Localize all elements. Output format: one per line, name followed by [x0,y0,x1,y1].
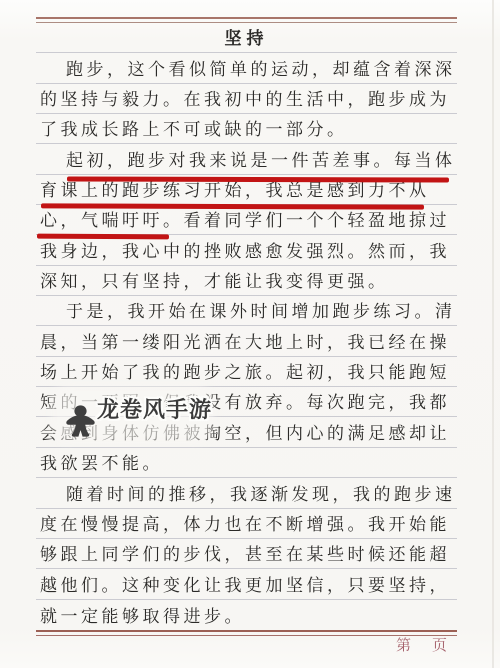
essay-line-text: 晨，当第一缕阳光洒在大地上时，我已经在操 [36,334,450,356]
watermark: 龙卷风手游 [61,398,212,438]
essay-line-text: 于是，我开始在课外时间增加跑步练习。清 [36,303,456,325]
essay-line: 深知，只有坚持，才能让我变得更强。 [36,266,457,296]
essay-title: 坚持 [225,30,269,52]
essay-line-text: 够跟上同学们的步伐，甚至在某些时候还能超 [36,546,450,568]
bottom-margin-double-line [36,630,457,636]
red-underline-3 [37,234,169,239]
essay-line-text: 随着时间的推移，我逐渐发现，我的跑步速 [36,486,456,508]
essay-lines: 跑步，这个看似简单的运动，却蕴含着深深的坚持与毅力。在我初中的生活中，跑步成为了… [36,53,457,630]
essay-line: 了我成长路上不可或缺的一部分。 [36,114,457,144]
meeple-icon [61,404,100,438]
essay-sheet: 坚持 跑步，这个看似简单的运动，却蕴含着深深的坚持与毅力。在我初中的生活中，跑步… [36,23,457,630]
essay-line-text: 起初，跑步对我来说是一件苦差事。每当体 [36,152,456,174]
essay-line-text: 度在慢慢提高，体力也在不断增强。我开始能 [36,516,450,538]
essay-line: 的坚持与毅力。在我初中的生活中，跑步成为 [36,84,457,114]
essay-line: 晨，当第一缕阳光洒在大地上时，我已经在操 [36,326,457,356]
essay-line-text: 就一定能够取得进步。 [36,608,245,630]
essay-line: 跑步，这个看似简单的运动，却蕴含着深深 [36,53,457,83]
essay-line-text: 我欲罢不能。 [36,455,163,477]
essay-line: 于是，我开始在课外时间增加跑步练习。清 [36,296,457,326]
essay-line: 就一定能够取得进步。 [36,600,457,630]
essay-line-text: 心，气喘吁吁。看着同学们一个个轻盈地掠过 [36,212,450,234]
essay-line: 场上开始了我的跑步之旅。起初，我只能跑短 [36,357,457,387]
essay-line-text: 越他们。这种变化让我更加坚信，只要坚持， [36,577,450,599]
watermark-text: 龙卷风手游 [97,398,212,421]
essay-line: 够跟上同学们的步伐，甚至在某些时候还能超 [36,539,457,569]
page-number-label: 第 页 [396,639,450,654]
essay-line: 我欲罢不能。 [36,448,457,478]
essay-line-text: 育课上的跑步练习开始，我总是感到力不从 [36,182,430,204]
essay-line: 度在慢慢提高，体力也在不断增强。我开始能 [36,509,457,539]
essay-line: 随着时间的推移，我逐渐发现，我的跑步速 [36,478,457,508]
essay-line: 我身边，我心中的挫败感愈发强烈。然而，我 [36,235,457,265]
essay-line: 起初，跑步对我来说是一件苦差事。每当体 [36,144,457,174]
essay-line-text: 跑步，这个看似简单的运动，却蕴含着深深 [36,61,456,83]
essay-line-text: 我身边，我心中的挫败感愈发强烈。然而，我 [36,243,450,265]
essay-title-row: 坚持 [36,23,457,53]
essay-line: 心，气喘吁吁。看着同学们一个个轻盈地掠过 [36,205,457,235]
essay-line: 越他们。这种变化让我更加坚信，只要坚持， [36,569,457,599]
page-right-edge [492,0,494,668]
essay-line-text: 场上开始了我的跑步之旅。起初，我只能跑短 [36,364,450,386]
essay-line-text: 深知，只有坚持，才能让我变得更强。 [36,273,389,295]
essay-line-text: 了我成长路上不可或缺的一部分。 [36,121,348,143]
notebook-page: 坚持 跑步，这个看似简单的运动，却蕴含着深深的坚持与毅力。在我初中的生活中，跑步… [0,0,500,668]
essay-line-text: 的坚持与毅力。在我初中的生活中，跑步成为 [36,91,450,113]
